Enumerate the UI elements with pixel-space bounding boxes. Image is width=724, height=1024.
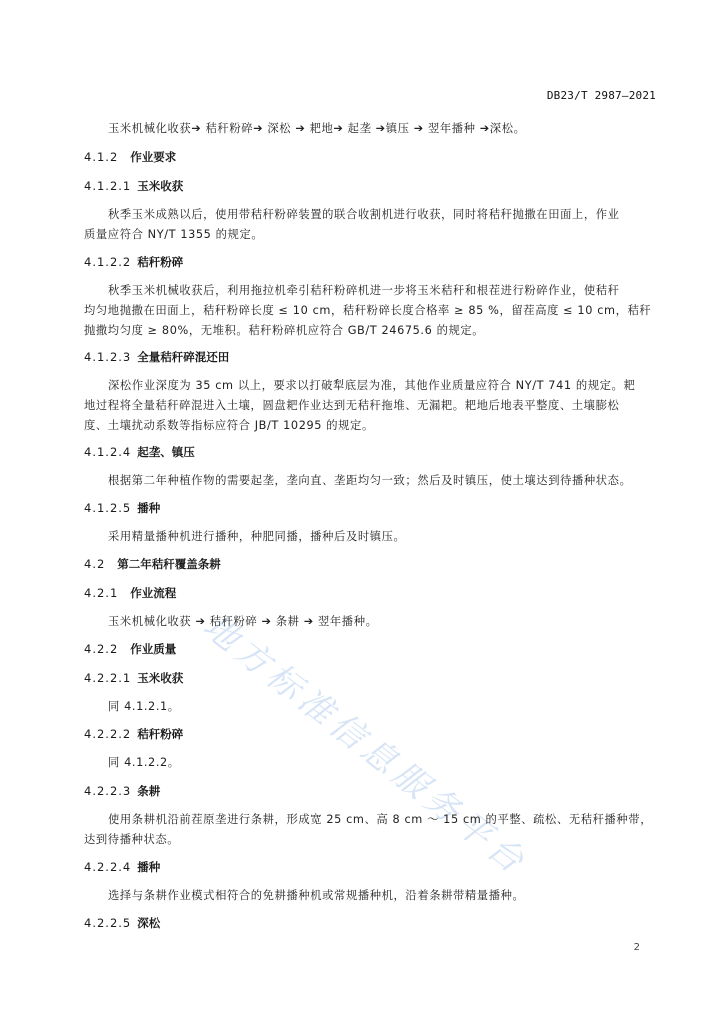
document-page: 地方标准信息服务平台 DB23/T 2987—2021 玉米机械化收获➔ 秸秆粉…: [0, 0, 724, 1024]
section-number: 4.1.2.5: [84, 501, 131, 515]
paragraph-line: 地过程将全量秸秆碎混进入土壤，圆盘耙作业达到无秸秆拖堆、无漏耙。耙地后地表平整度…: [84, 397, 619, 413]
paragraph-line: 采用精量播种机进行播种，种肥同播，播种后及时镇压。: [108, 528, 405, 544]
paragraph-line: 均匀地抛撒在田面上，秸秆粉碎长度 ≤ 10 cm，秸秆粉碎长度合格率 ≥ 85 …: [84, 302, 651, 318]
section-title: 玉米收获: [137, 179, 183, 193]
section-number: 4.2.2.2: [84, 727, 131, 741]
heading-4-1-2-2: 4.1.2.2秸秆粉碎: [84, 254, 183, 270]
section-title: 播种: [137, 501, 160, 515]
paragraph-line: 秋季玉米机械收获后，利用拖拉机牵引秸秆粉碎机进一步将玉米秸秆和根茬进行粉碎作业，…: [108, 282, 620, 298]
heading-4-2-2-3: 4.2.2.3条耕: [84, 783, 160, 799]
section-title: 播种: [137, 860, 160, 874]
paragraph-line: 秋季玉米成熟以后，使用带秸秆粉碎装置的联合收割机进行收获，同时将秸秆抛撒在田面上…: [108, 206, 620, 222]
section-title: 秸秆粉碎: [137, 727, 183, 741]
section-title: 深松: [137, 916, 160, 930]
paragraph-line: 选择与条耕作业模式相符合的免耕播种机或常规播种机，沿着条耕带精量播种。: [108, 887, 524, 903]
heading-4-2-2-5: 4.2.2.5深松: [84, 915, 160, 931]
flow-text-1: 玉米机械化收获➔ 秸秆粉碎➔ 深松 ➔ 耙地➔ 起垄 ➔镇压 ➔ 翌年播种 ➔深…: [108, 120, 526, 136]
section-number: 4.1.2.1: [84, 179, 131, 193]
heading-4-1-2-3: 4.1.2.3全量秸秆碎混还田: [84, 349, 229, 365]
section-number: 4.2.2.3: [84, 784, 131, 798]
heading-4-1-2-5: 4.1.2.5播种: [84, 500, 160, 516]
heading-4-1-2: 4.1.2作业要求: [84, 149, 176, 165]
paragraph-line: 同 4.1.2.2。: [108, 754, 180, 770]
heading-4-1-2-4: 4.1.2.4起垄、镇压: [84, 444, 195, 460]
section-number: 4.2.2: [84, 642, 118, 656]
heading-4-1-2-1: 4.1.2.1玉米收获: [84, 178, 183, 194]
heading-4-2: 4.2第二年秸秆覆盖条耕: [84, 556, 221, 572]
paragraph-line: 根据第二年种植作物的需要起垄，垄向直、垄距均匀一致；然后及时镇压，使土壤达到待播…: [108, 472, 631, 488]
section-number: 4.2.2.1: [84, 671, 131, 685]
section-number: 4.2.2.4: [84, 860, 131, 874]
page-number: 2: [634, 942, 640, 953]
section-title: 作业质量: [130, 642, 176, 656]
section-number: 4.2: [84, 557, 105, 571]
section-title: 全量秸秆碎混还田: [137, 350, 229, 364]
heading-4-2-2-2: 4.2.2.2秸秆粉碎: [84, 726, 183, 742]
section-number: 4.1.2.3: [84, 350, 131, 364]
paragraph-line: 深松作业深度为 35 cm 以上，要求以打破犁底层为准，其他作业质量应符合 NY…: [108, 377, 635, 393]
paragraph-line: 抛撒均匀度 ≥ 80%，无堆积。秸秆粉碎机应符合 GB/T 24675.6 的规…: [84, 322, 484, 338]
section-number: 4.2.1: [84, 586, 118, 600]
section-title: 起垄、镇压: [137, 445, 195, 459]
section-title: 秸秆粉碎: [137, 255, 183, 269]
section-number: 4.2.2.5: [84, 916, 131, 930]
section-title: 第二年秸秆覆盖条耕: [117, 557, 221, 571]
heading-4-2-2-4: 4.2.2.4播种: [84, 859, 160, 875]
section-number: 4.1.2: [84, 150, 118, 164]
heading-4-2-1: 4.2.1作业流程: [84, 585, 176, 601]
section-number: 4.1.2.4: [84, 445, 131, 459]
watermark: 地方标准信息服务平台: [195, 600, 540, 885]
section-number: 4.1.2.2: [84, 255, 131, 269]
flow-text-2: 玉米机械化收获 ➔ 秸秆粉碎 ➔ 条耕 ➔ 翌年播种。: [108, 613, 378, 629]
paragraph-line: 质量应符合 NY/T 1355 的规定。: [84, 226, 263, 242]
paragraph-line: 度、土壤扰动系数等指标应符合 JB/T 10295 的规定。: [84, 417, 374, 433]
section-title: 玉米收获: [137, 671, 183, 685]
heading-4-2-2-1: 4.2.2.1玉米收获: [84, 670, 183, 686]
section-title: 作业要求: [130, 150, 176, 164]
standard-code: DB23/T 2987—2021: [547, 89, 656, 102]
paragraph-line: 使用条耕机沿前茬原垄进行条耕，形成宽 25 cm、高 8 cm ～ 15 cm …: [108, 811, 652, 827]
paragraph-line: 达到待播种状态。: [84, 831, 179, 847]
section-title: 作业流程: [130, 586, 176, 600]
section-title: 条耕: [137, 784, 160, 798]
paragraph-line: 同 4.1.2.1。: [108, 698, 180, 714]
heading-4-2-2: 4.2.2作业质量: [84, 641, 176, 657]
